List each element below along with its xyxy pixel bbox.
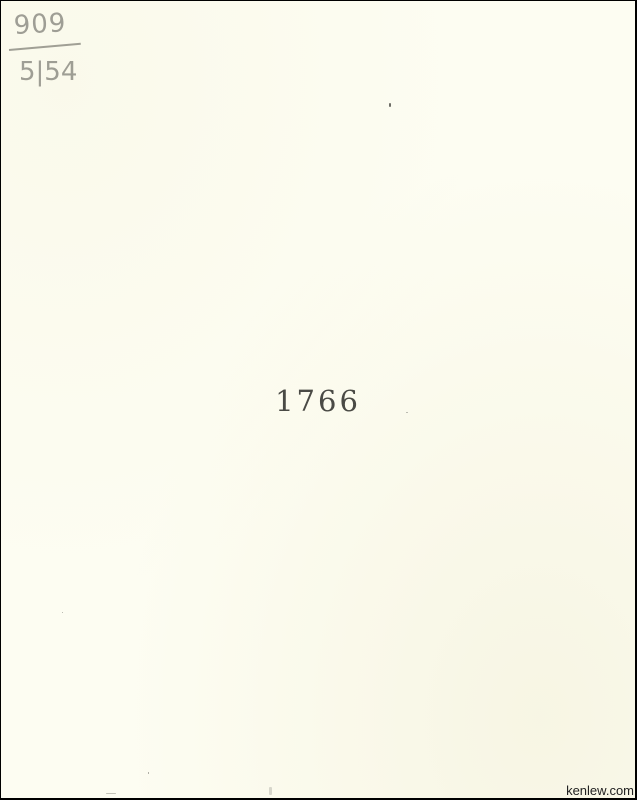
page-year-heading: 1766 — [1, 384, 635, 418]
paper-speck — [62, 612, 63, 613]
pencil-note-divider — [9, 43, 81, 51]
pencil-catalog-note: 909 5|54 — [9, 11, 83, 95]
paper-speck — [389, 103, 391, 107]
pencil-note-top: 909 — [13, 8, 67, 41]
pencil-note-bottom: 5|54 — [19, 57, 77, 87]
paper-speck — [106, 793, 116, 794]
scanned-page: 909 5|54 1766 — [1, 1, 635, 798]
paper-speck — [148, 772, 149, 774]
watermark-link[interactable]: kenlew.com — [566, 783, 636, 799]
paper-speck — [269, 787, 272, 795]
